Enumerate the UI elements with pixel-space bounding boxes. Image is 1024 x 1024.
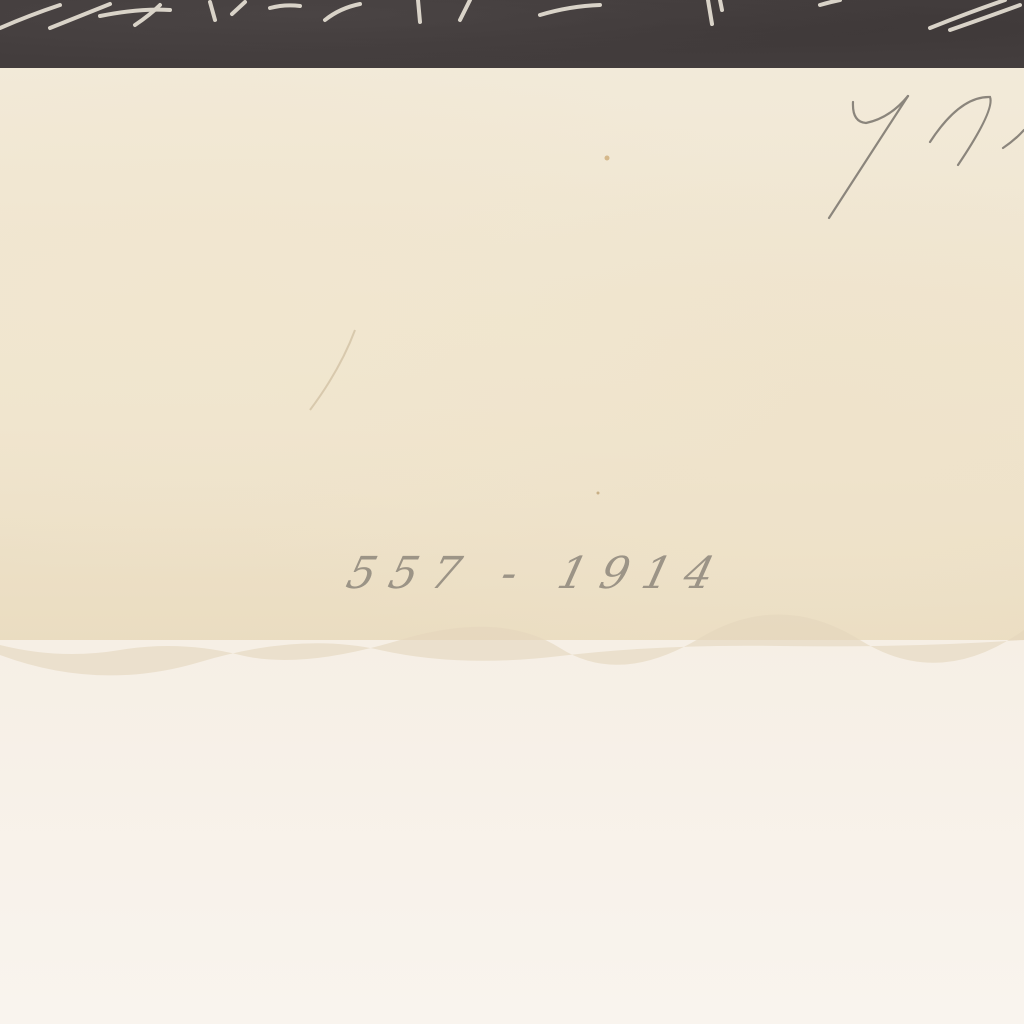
pencil-inscription: 557 - 1914 [342,548,734,599]
print-texture [0,0,1024,72]
woodblock-print-area [0,0,1024,72]
mount-board [0,640,1024,1024]
